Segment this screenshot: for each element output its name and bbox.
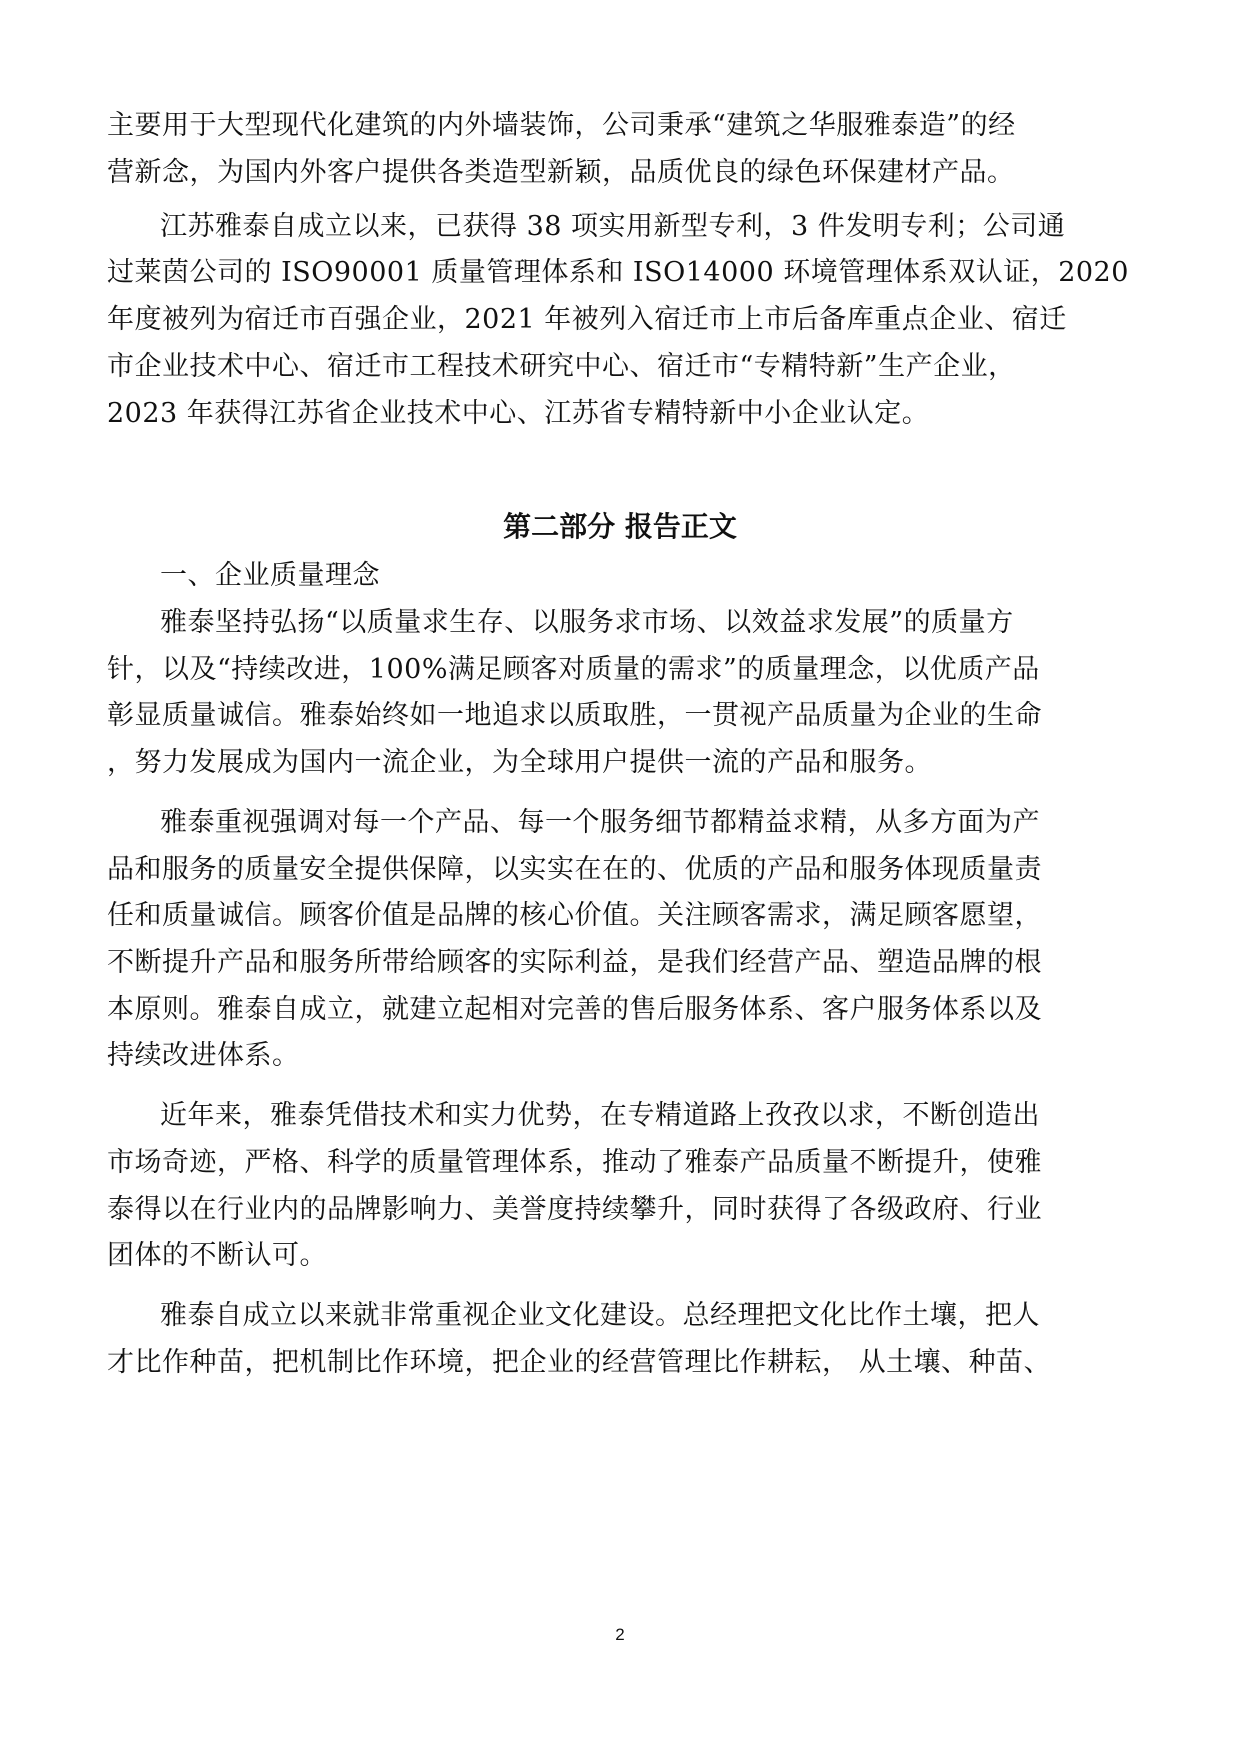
text-line: 不断提升产品和服务所带给顾客的实际利益，是我们经营产品、塑造品牌的根 — [107, 945, 1007, 981]
text-line: 团体的不断认可。 — [107, 1238, 1007, 1274]
text-line: 彰显质量诚信。雅泰始终如一地追求以质取胜，一贯视产品质量为企业的生命 — [107, 698, 1007, 734]
text-line: 任和质量诚信。顾客价值是品牌的核心价值。关注顾客需求，满足顾客愿望， — [107, 898, 1007, 934]
text-line: 雅泰坚持弘扬“以质量求生存、以服务求市场、以效益求发展”的质量方 — [160, 605, 1060, 641]
text-line: ，努力发展成为国内一流企业，为全球用户提供一流的产品和服务。 — [107, 745, 1007, 781]
text-line: 过莱茵公司的 ISO90001 质量管理体系和 ISO14000 环境管理体系双… — [107, 255, 1007, 291]
text-line: 针，以及“持续改进，100%满足顾客对质量的需求”的质量理念，以优质产品 — [107, 652, 1007, 688]
text-line: 才比作种苗，把机制比作环境，把企业的经营管理比作耕耘， 从土壤、种苗、 — [107, 1345, 1007, 1381]
page-number: 2 — [0, 1625, 1240, 1645]
text-line: 市场奇迹，严格、科学的质量管理体系，推动了雅泰产品质量不断提升，使雅 — [107, 1145, 1007, 1181]
text-line: 本原则。雅泰自成立，就建立起相对完善的售后服务体系、客户服务体系以及 — [107, 992, 1007, 1028]
text-line: 年度被列为宿迁市百强企业，2021 年被列入宿迁市上市后备库重点企业、宿迁 — [107, 302, 1007, 338]
text-line: 品和服务的质量安全提供保障，以实实在在的、优质的产品和服务体现质量责 — [107, 852, 1007, 888]
text-line: 雅泰重视强调对每一个产品、每一个服务细节都精益求精，从多方面为产 — [160, 805, 1060, 841]
text-line: 2023 年获得江苏省企业技术中心、江苏省专精特新中小企业认定。 — [107, 396, 1007, 432]
document-page: 主要用于大型现代化建筑的内外墙装饰，公司秉承“建筑之华服雅泰造”的经 营新念，为… — [0, 0, 1240, 1754]
text-line: 营新念，为国内外客户提供各类造型新颖，品质优良的绿色环保建材产品。 — [107, 155, 1007, 191]
text-line: 近年来，雅泰凭借技术和实力优势，在专精道路上孜孜以求，不断创造出 — [160, 1098, 1060, 1134]
text-line: 市企业技术中心、宿迁市工程技术研究中心、宿迁市“专精特新”生产企业， — [107, 349, 1007, 385]
text-line: 持续改进体系。 — [107, 1038, 1007, 1074]
subheading: 一、企业质量理念 — [160, 558, 1060, 594]
text-line: 泰得以在行业内的品牌影响力、美誉度持续攀升，同时获得了各级政府、行业 — [107, 1192, 1007, 1228]
section-heading: 第二部分 报告正文 — [0, 507, 1240, 547]
text-line: 主要用于大型现代化建筑的内外墙装饰，公司秉承“建筑之华服雅泰造”的经 — [107, 108, 1007, 144]
text-line: 雅泰自成立以来就非常重视企业文化建设。总经理把文化比作土壤，把人 — [160, 1298, 1060, 1334]
text-line: 江苏雅泰自成立以来，已获得 38 项实用新型专利，3 件发明专利；公司通 — [160, 209, 1060, 245]
